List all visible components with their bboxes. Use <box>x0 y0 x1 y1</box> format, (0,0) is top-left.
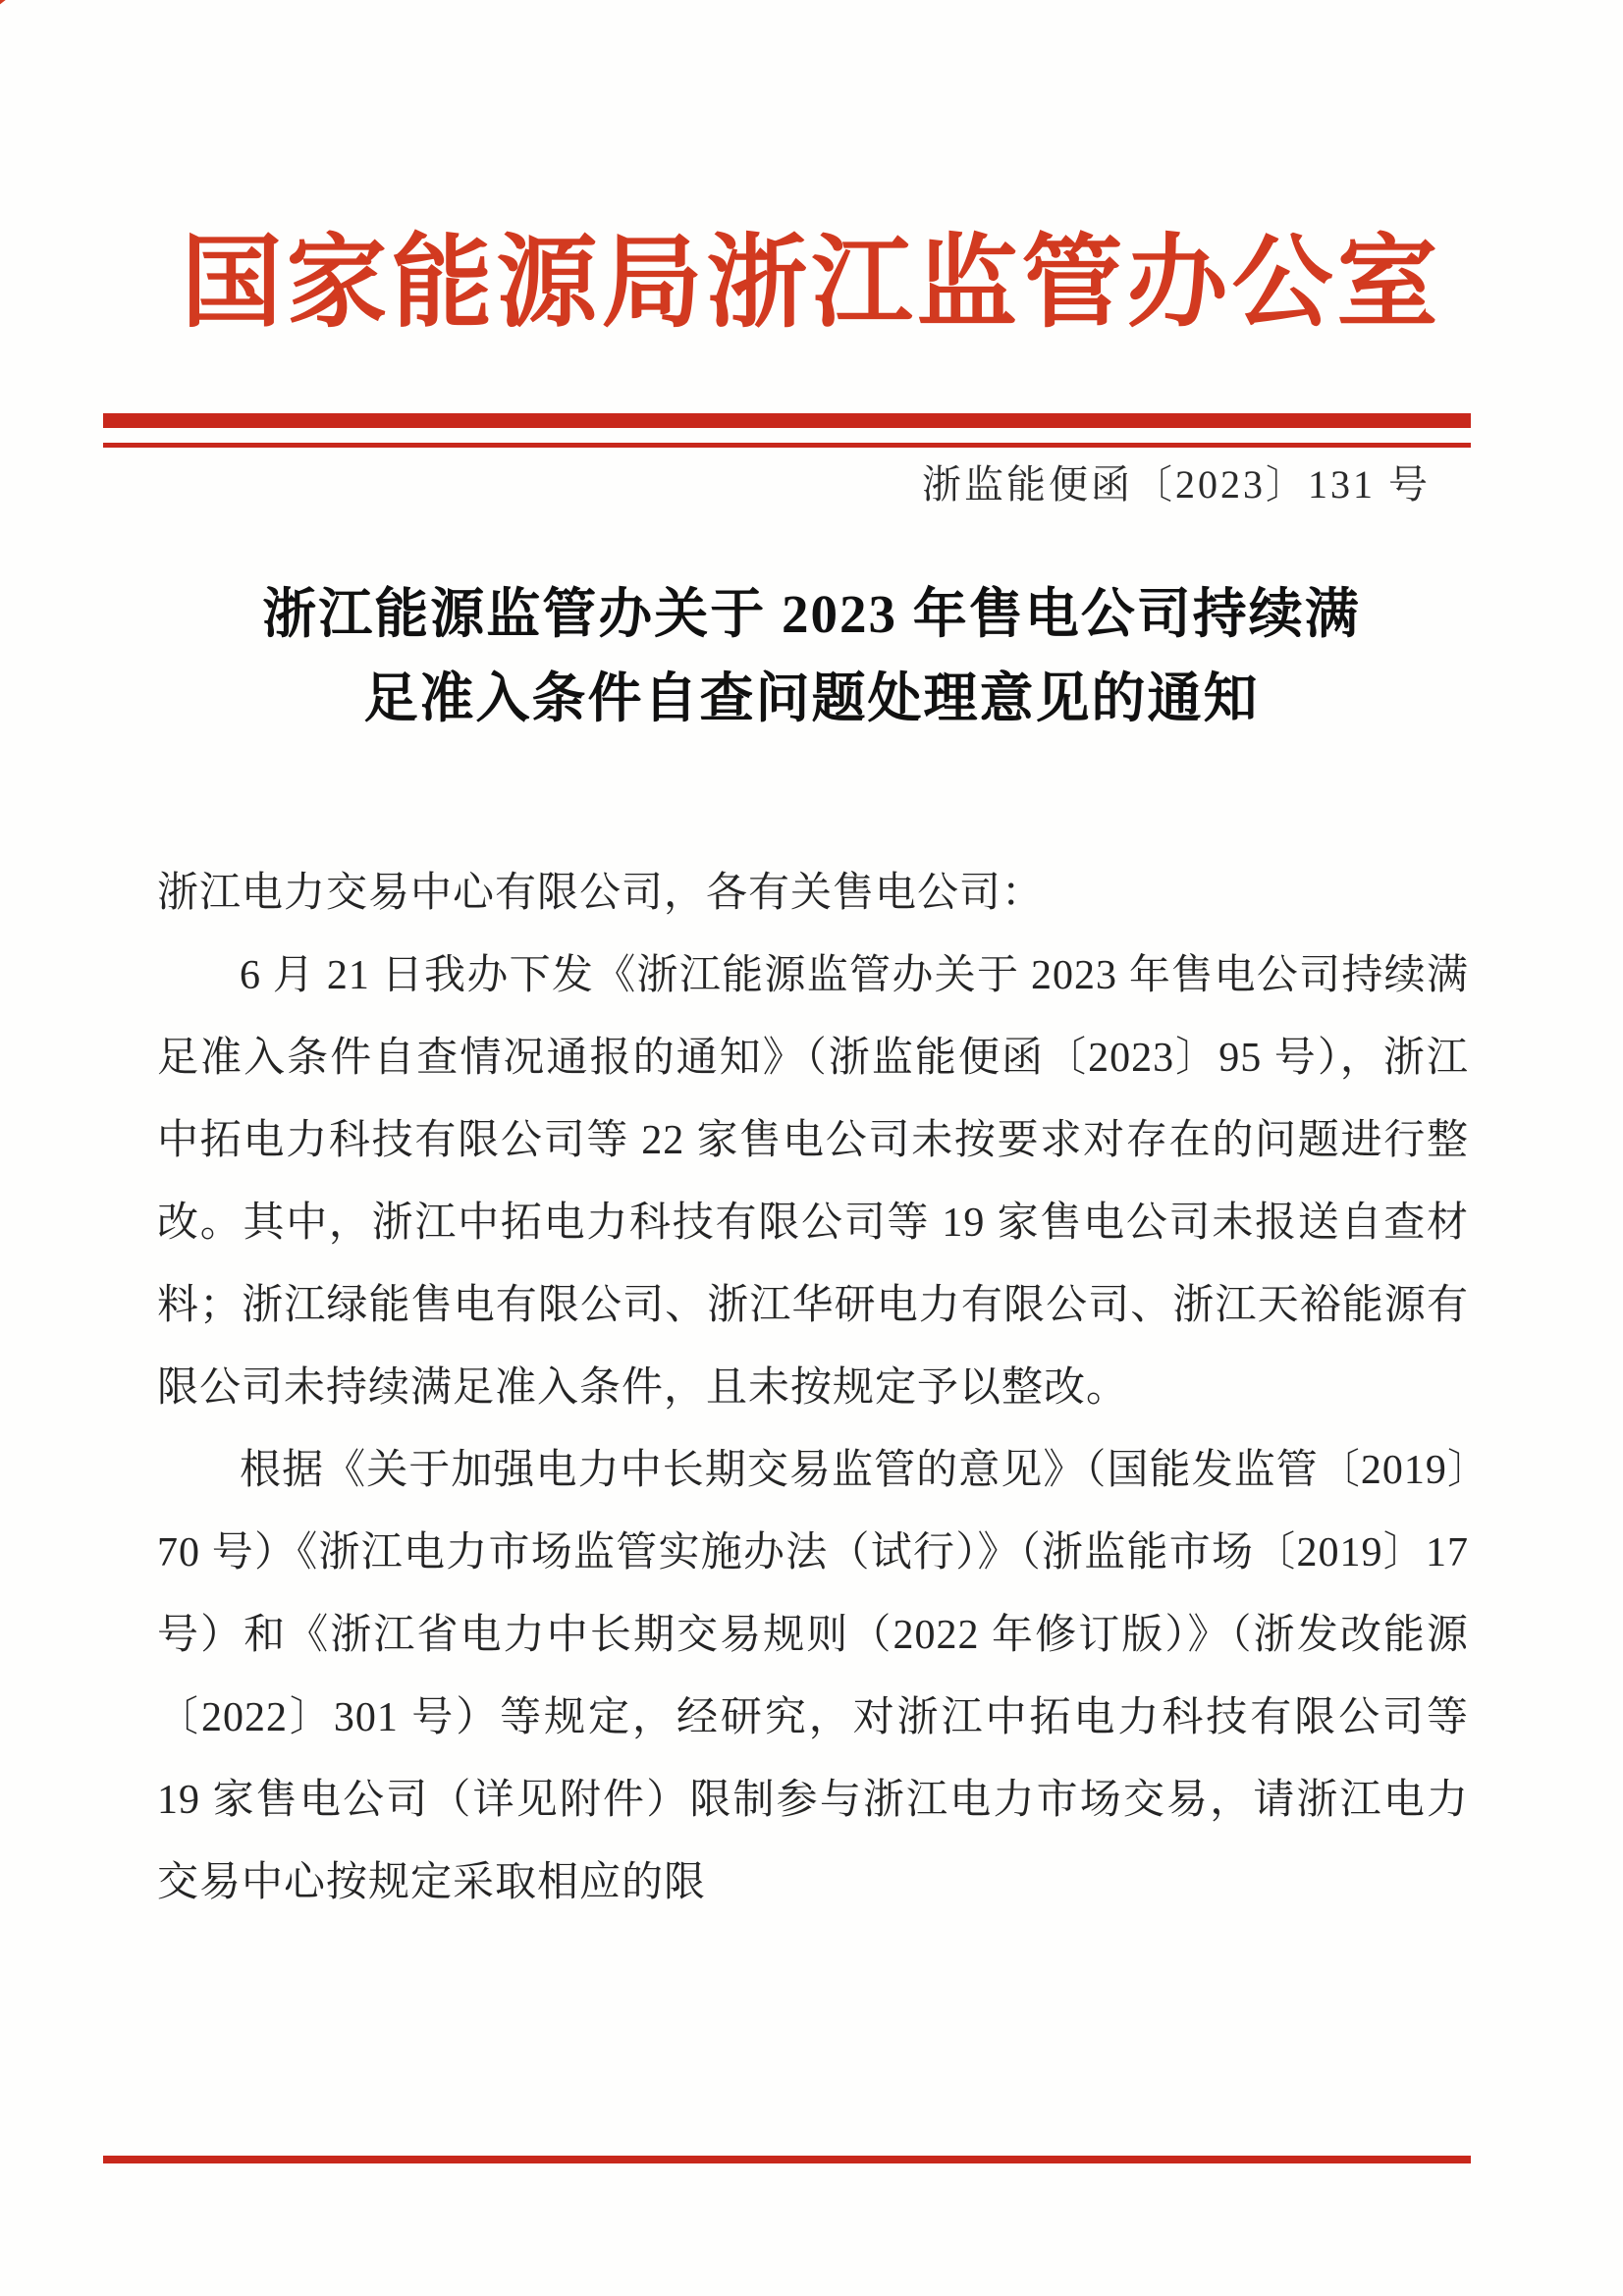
document-title: 浙江能源监管办关于 2023 年售电公司持续满 足准入条件自查问题处理意见的通知 <box>0 572 1623 741</box>
letterhead-rule-thin <box>103 443 1471 448</box>
document-body: 浙江电力交易中心有限公司，各有关售电公司： 6 月 21 日我办下发《浙江能源监… <box>157 852 1469 1924</box>
salutation-line: 浙江电力交易中心有限公司，各有关售电公司： <box>157 852 1469 934</box>
letterhead-rule-thick <box>103 413 1471 428</box>
letterhead-org-name: 国家能源局浙江监管办公室 <box>0 201 1623 347</box>
scan-corner-artifact <box>0 0 52 12</box>
document-number: 浙监能便函〔2023〕131 号 <box>922 454 1431 509</box>
document-title-line1: 浙江能源监管办关于 2023 年售电公司持续满 <box>0 572 1623 657</box>
footer-rule <box>103 2156 1471 2163</box>
document-title-line2: 足准入条件自查问题处理意见的通知 <box>0 657 1623 741</box>
document-page: 国家能源局浙江监管办公室 浙监能便函〔2023〕131 号 浙江能源监管办关于 … <box>0 0 1623 2296</box>
body-paragraph-2: 根据《关于加强电力中长期交易监管的意见》（国能发监管〔2019〕70 号）《浙江… <box>157 1429 1469 1924</box>
body-paragraph-1: 6 月 21 日我办下发《浙江能源监管办关于 2023 年售电公司持续满足准入条… <box>157 934 1469 1429</box>
